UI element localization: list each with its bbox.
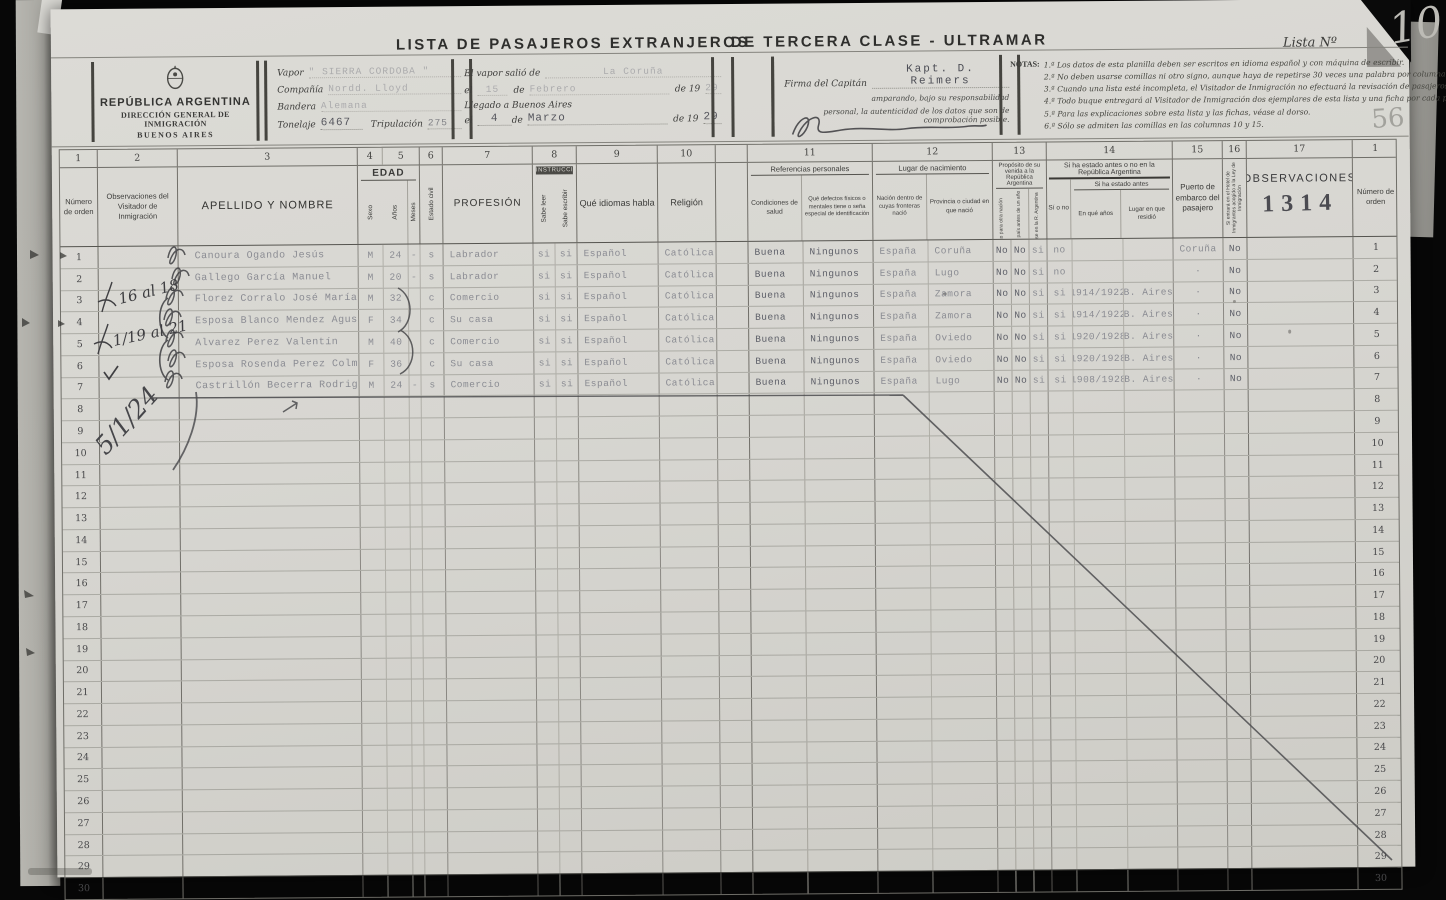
cell-resid bbox=[1126, 521, 1176, 542]
cell-blank bbox=[103, 790, 183, 811]
cell-anos2 bbox=[1077, 783, 1128, 804]
cell-p13b bbox=[1016, 762, 1034, 783]
cell-civil bbox=[423, 505, 446, 526]
cell-prof bbox=[445, 439, 535, 460]
cell-idioma bbox=[580, 547, 661, 568]
cell-p13c: si bbox=[1030, 305, 1048, 326]
cell-esc bbox=[560, 853, 582, 874]
cell-civil bbox=[423, 549, 446, 570]
de-label-2: de bbox=[512, 116, 523, 126]
cell-meses bbox=[409, 310, 421, 331]
cell-blank bbox=[1251, 694, 1357, 716]
header-religion: Religión bbox=[658, 163, 717, 241]
cell-anos2 bbox=[1074, 413, 1125, 434]
cell-civil bbox=[424, 701, 447, 722]
cell-leer bbox=[535, 461, 557, 482]
cell-sexo bbox=[360, 397, 385, 418]
cell-rel bbox=[663, 873, 721, 894]
cell-anos2: 1920/1928 bbox=[1073, 348, 1124, 369]
cell-blank bbox=[1251, 738, 1357, 760]
org-department: DIRECCIÓN GENERAL DE INMIGRACIÓN bbox=[94, 110, 256, 129]
cell-esc bbox=[559, 679, 581, 700]
cell-resid bbox=[1125, 413, 1175, 434]
cell-puerto bbox=[1176, 586, 1226, 607]
cell-blank bbox=[721, 851, 753, 872]
cell-nacion bbox=[878, 850, 933, 871]
cell-nacion bbox=[878, 828, 933, 849]
cell-puerto bbox=[1175, 434, 1225, 455]
cell-p13a bbox=[998, 762, 1016, 783]
cell-hotel bbox=[1228, 847, 1252, 868]
cell-hotel bbox=[1227, 695, 1251, 716]
cell-blank bbox=[101, 595, 181, 616]
cell-blank bbox=[1251, 629, 1357, 651]
cell-prof bbox=[446, 570, 536, 591]
cell-meses bbox=[410, 419, 422, 440]
cell-meses bbox=[411, 593, 423, 614]
cell-p13a: No bbox=[994, 370, 1012, 391]
header-sabe-leer: Sabe leer bbox=[533, 174, 556, 242]
cell-def: Ningunos bbox=[804, 284, 874, 305]
cell-leer bbox=[535, 418, 557, 439]
cell-n: 29 bbox=[1358, 846, 1403, 867]
cell-prof bbox=[445, 483, 535, 504]
cell-leer bbox=[537, 744, 559, 765]
stamp-1314: 1314 bbox=[1261, 190, 1338, 219]
cell-prov bbox=[933, 828, 998, 849]
cell-esc bbox=[558, 591, 580, 612]
cell-antes bbox=[1050, 522, 1075, 543]
cell-antes bbox=[1049, 479, 1074, 500]
cell-resid: B. Aires bbox=[1124, 347, 1174, 368]
cell-prof bbox=[446, 592, 536, 613]
cell-esc: si bbox=[556, 374, 578, 395]
cell-sexo bbox=[360, 462, 385, 483]
cell-puerto bbox=[1177, 739, 1227, 760]
cell-prof bbox=[448, 853, 538, 874]
cell-blank bbox=[103, 769, 183, 790]
cell-p13c bbox=[1033, 653, 1051, 674]
salida-day: 15 bbox=[477, 84, 507, 96]
de-label: de bbox=[513, 86, 524, 96]
cell-hotel bbox=[1227, 739, 1251, 760]
cell-p13c bbox=[1031, 392, 1049, 413]
header-observaciones-visitador: Observaciones del Visitador de Inmigraci… bbox=[98, 167, 179, 246]
cell-meses bbox=[410, 484, 422, 505]
cell-blank bbox=[1251, 716, 1357, 738]
cell-hotel bbox=[1228, 804, 1252, 825]
cell-civil: c bbox=[421, 310, 444, 331]
cell-rel bbox=[662, 699, 720, 720]
cell-n: 11 bbox=[62, 465, 100, 486]
cell-salud: Buena bbox=[748, 241, 803, 262]
cell-salud bbox=[753, 851, 808, 872]
cell-anos bbox=[386, 615, 411, 636]
cell-blank bbox=[721, 873, 753, 894]
cell-anos bbox=[386, 593, 411, 614]
cell-sexo bbox=[362, 680, 387, 701]
cell-anos2 bbox=[1074, 478, 1125, 499]
cell-antes bbox=[1052, 871, 1077, 892]
cell-esc bbox=[558, 526, 580, 547]
cell-blank bbox=[103, 878, 183, 899]
cell-civil: c bbox=[421, 353, 444, 374]
cell-p13b: No bbox=[1012, 370, 1030, 391]
cell-hotel bbox=[1225, 499, 1249, 520]
cell-n: 1 bbox=[60, 247, 98, 268]
cell-esc bbox=[559, 635, 581, 656]
cell-puerto bbox=[1178, 761, 1228, 782]
cell-blank bbox=[1249, 455, 1355, 477]
cell-antes: si bbox=[1048, 326, 1073, 347]
cell-blank bbox=[1248, 346, 1354, 368]
header-puerto: Puerto de embarco del pasajero bbox=[1173, 159, 1224, 237]
cell-p13b bbox=[1015, 697, 1033, 718]
cell-p13a bbox=[995, 479, 1013, 500]
cell-nacion bbox=[876, 610, 931, 631]
cell-antes bbox=[1050, 588, 1075, 609]
cell-prof bbox=[446, 527, 536, 548]
cell-n: 1 bbox=[1353, 237, 1398, 258]
cell-def bbox=[806, 502, 876, 523]
cell-prof bbox=[448, 788, 538, 809]
cell-civil bbox=[423, 614, 446, 635]
notas-box: NOTAS: 1.ª Los datos de esta planilla de… bbox=[999, 52, 1382, 135]
cell-def bbox=[806, 546, 876, 567]
header-boxes: REPÚBLICA ARGENTINA DIRECCIÓN GENERAL DE… bbox=[51, 47, 1409, 148]
cell-p13c bbox=[1031, 479, 1049, 500]
cell-n: 9 bbox=[1355, 411, 1400, 432]
cell-rel bbox=[663, 764, 721, 785]
cell-meses bbox=[413, 854, 425, 875]
cell-leer: si bbox=[534, 352, 556, 373]
header-proposito: Propósito de su venida a la República Ar… bbox=[996, 161, 1043, 189]
cell-rel: Católica bbox=[659, 264, 717, 285]
cell-meses bbox=[413, 832, 425, 853]
cell-blank bbox=[1249, 389, 1355, 411]
cell-blank bbox=[718, 438, 750, 459]
cell-anos bbox=[388, 876, 413, 897]
cell-n: 5 bbox=[1354, 324, 1399, 345]
cell-blank bbox=[720, 721, 752, 742]
cell-anos: 24 bbox=[383, 245, 408, 266]
cell-p13c bbox=[1033, 740, 1051, 761]
cell-idioma bbox=[581, 743, 662, 764]
cell-esc bbox=[557, 483, 579, 504]
cell-idioma bbox=[580, 613, 661, 634]
cell-def bbox=[808, 872, 878, 893]
cell-idioma bbox=[581, 721, 662, 742]
cell-salud bbox=[750, 459, 805, 480]
cell-antes bbox=[1052, 827, 1077, 848]
cell-resid bbox=[1125, 434, 1175, 455]
cell-sexo bbox=[361, 593, 386, 614]
cell-p13b: No bbox=[1012, 283, 1030, 304]
cell-anos2 bbox=[1075, 609, 1126, 630]
cell-name bbox=[183, 811, 363, 833]
cell-salud bbox=[752, 655, 807, 676]
header-defectos: Qué defectos físicos o mentales tiene o … bbox=[802, 175, 873, 241]
cell-name bbox=[183, 767, 363, 789]
header-blank-column bbox=[716, 163, 749, 241]
cell-idioma bbox=[579, 438, 660, 459]
cell-blank bbox=[720, 699, 752, 720]
cell-salud bbox=[750, 437, 805, 458]
cell-p13b: No bbox=[1012, 348, 1030, 369]
cell-rel bbox=[662, 743, 720, 764]
cell-prov bbox=[931, 610, 996, 631]
cell-blank bbox=[1250, 564, 1356, 586]
cell-blank bbox=[1250, 607, 1356, 629]
cell-antes bbox=[1051, 631, 1076, 652]
cell-hotel bbox=[1226, 564, 1250, 585]
vapor-value: " SIERRA CORDOBA " bbox=[309, 65, 462, 78]
bandera-label: Bandera bbox=[277, 102, 316, 112]
cell-prof bbox=[448, 766, 538, 787]
cell-p13a bbox=[995, 436, 1013, 457]
cell-blank bbox=[721, 786, 753, 807]
cell-def bbox=[806, 567, 876, 588]
cell-n: 17 bbox=[1356, 585, 1401, 606]
column-number: 2 bbox=[98, 149, 178, 167]
cell-anos: 40 bbox=[384, 332, 409, 353]
cell-nacion bbox=[878, 872, 933, 893]
cell-rel: Católica bbox=[659, 351, 717, 372]
cell-hotel: No bbox=[1224, 281, 1248, 302]
column-number: 10 bbox=[658, 145, 716, 162]
cell-p13c bbox=[1033, 718, 1051, 739]
cell-idioma bbox=[580, 591, 661, 612]
cell-prov bbox=[933, 784, 998, 805]
cell-hotel bbox=[1228, 826, 1252, 847]
cell-prov: Lugo bbox=[929, 262, 994, 283]
cell-p13c: si bbox=[1030, 370, 1048, 391]
cell-blank bbox=[717, 351, 749, 372]
cell-resid bbox=[1127, 674, 1177, 695]
cell-rel bbox=[661, 612, 719, 633]
cell-civil bbox=[423, 527, 446, 548]
cell-p13c: si bbox=[1030, 283, 1048, 304]
cell-meses: - bbox=[409, 266, 421, 287]
cell-nacion bbox=[875, 415, 930, 436]
cell-nacion: España bbox=[874, 284, 929, 305]
cell-p13b bbox=[1014, 523, 1032, 544]
cell-p13b bbox=[1015, 718, 1033, 739]
cell-meses bbox=[410, 397, 422, 418]
cell-blank bbox=[100, 399, 180, 420]
cell-p13a bbox=[997, 719, 1015, 740]
cell-idioma bbox=[579, 460, 660, 481]
cell-anos2 bbox=[1074, 391, 1125, 412]
table-header-row: Número de orden Observaciones del Visita… bbox=[60, 158, 1397, 247]
cell-civil bbox=[423, 571, 446, 592]
cell-meses bbox=[412, 680, 424, 701]
cell-puerto bbox=[1178, 869, 1228, 890]
cell-n: 11 bbox=[1355, 454, 1400, 475]
cell-n: 19 bbox=[1357, 629, 1402, 650]
cell-esc bbox=[557, 396, 579, 417]
de19-label: de 19 bbox=[675, 84, 700, 94]
cell-leer bbox=[536, 592, 558, 613]
cell-puerto bbox=[1175, 412, 1225, 433]
column-number: 4 bbox=[358, 148, 383, 165]
cell-p13a: No bbox=[993, 240, 1011, 261]
cell-hotel: No bbox=[1224, 260, 1248, 281]
cell-anos2 bbox=[1075, 587, 1126, 608]
cell-blank bbox=[718, 416, 750, 437]
cell-blank bbox=[1249, 411, 1355, 433]
tonelaje-label: Tonelaje bbox=[277, 120, 315, 130]
cell-sexo bbox=[363, 854, 388, 875]
cell-civil bbox=[424, 636, 447, 657]
cell-p13b bbox=[1014, 610, 1032, 631]
header-p13a: Si viene de tránsito para otra nación bbox=[993, 189, 1012, 239]
cell-nacion bbox=[877, 676, 932, 697]
cell-prof: Comercio bbox=[444, 331, 534, 352]
cell-salud: Buena bbox=[749, 307, 804, 328]
cell-anos2 bbox=[1074, 457, 1125, 478]
cell-prof bbox=[447, 701, 537, 722]
cell-puerto bbox=[1176, 565, 1226, 586]
cell-anos2 bbox=[1077, 761, 1128, 782]
cell-prov bbox=[932, 675, 997, 696]
cell-meses bbox=[410, 462, 422, 483]
cell-meses bbox=[412, 723, 424, 744]
cell-puerto bbox=[1176, 521, 1226, 542]
cell-leer bbox=[535, 439, 557, 460]
cell-blank bbox=[101, 616, 181, 637]
cell-n: 10 bbox=[62, 443, 100, 464]
cell-hotel bbox=[1226, 586, 1250, 607]
cell-hotel bbox=[1225, 434, 1249, 455]
cell-anos2 bbox=[1075, 544, 1126, 565]
cell-name: Alvarez Perez Valentín bbox=[179, 332, 359, 354]
cell-blank bbox=[1252, 868, 1358, 890]
cell-idioma: Español bbox=[578, 373, 659, 394]
cell-def bbox=[806, 589, 876, 610]
cell-antes: no bbox=[1047, 239, 1072, 260]
cell-leer bbox=[536, 548, 558, 569]
cell-salud bbox=[751, 524, 806, 545]
header-estado-antes: Si ha estado antes o no en la República … bbox=[1049, 160, 1170, 180]
column-number: 9 bbox=[577, 146, 658, 164]
header-idiomas: Qué idiomas habla bbox=[577, 164, 659, 243]
cell-civil bbox=[425, 832, 448, 853]
cell-n: 26 bbox=[65, 791, 103, 812]
cell-puerto bbox=[1177, 695, 1227, 716]
cell-idioma: Español bbox=[578, 308, 659, 329]
cell-n: 4 bbox=[61, 312, 99, 333]
cell-n: 20 bbox=[64, 661, 102, 682]
cell-hotel bbox=[1227, 651, 1251, 672]
cell-n: 2 bbox=[1354, 259, 1399, 280]
page-title-right: DE TERCERA CLASE - ULTRAMAR bbox=[731, 32, 1048, 51]
cell-resid: B. Aires bbox=[1124, 369, 1174, 390]
cell-esc bbox=[559, 744, 581, 765]
cell-antes: si bbox=[1048, 305, 1073, 326]
cell-nacion bbox=[877, 698, 932, 719]
cell-def bbox=[807, 654, 877, 675]
cell-idioma bbox=[582, 808, 663, 829]
cell-puerto: · bbox=[1174, 347, 1224, 368]
cell-sexo bbox=[362, 702, 387, 723]
cell-blank bbox=[99, 333, 179, 354]
cell-antes bbox=[1051, 740, 1076, 761]
cell-p13c bbox=[1033, 697, 1051, 718]
cell-p13a bbox=[996, 588, 1014, 609]
llegada-day: 4 bbox=[478, 113, 512, 126]
cell-leer bbox=[535, 483, 557, 504]
cell-n: 23 bbox=[1357, 716, 1402, 737]
cell-blank bbox=[719, 547, 751, 568]
cell-leer bbox=[536, 613, 558, 634]
cell-p13b bbox=[1016, 849, 1034, 870]
cell-n: 23 bbox=[64, 726, 102, 747]
cell-n: 21 bbox=[1357, 672, 1402, 693]
cell-hotel: No bbox=[1223, 238, 1247, 259]
cell-antes: si bbox=[1048, 370, 1073, 391]
compania-label: Compañía bbox=[277, 85, 323, 95]
cell-resid bbox=[1125, 478, 1175, 499]
cell-prof bbox=[448, 831, 538, 852]
cell-n: 9 bbox=[62, 421, 100, 442]
header-nacion: Nación dentro de cuyas fronteras nació bbox=[873, 174, 927, 239]
cell-blank bbox=[716, 242, 748, 263]
cell-def bbox=[808, 850, 878, 871]
cell-blank bbox=[103, 834, 183, 855]
header-num-orden-right: Número de orden bbox=[1353, 158, 1399, 236]
cell-resid bbox=[1128, 848, 1178, 869]
cell-prof bbox=[448, 809, 538, 830]
cell-n: 24 bbox=[64, 748, 102, 769]
cell-anos bbox=[387, 680, 412, 701]
cell-n: 12 bbox=[1355, 476, 1400, 497]
cell-civil: s bbox=[420, 244, 443, 265]
column-number: 17 bbox=[1247, 140, 1353, 158]
cell-p13a bbox=[997, 632, 1015, 653]
cell-sexo bbox=[360, 484, 385, 505]
cell-p13b: No bbox=[1011, 240, 1029, 261]
cell-def bbox=[807, 633, 877, 654]
cell-p13a bbox=[998, 849, 1016, 870]
cell-blank bbox=[101, 551, 181, 572]
cell-antes bbox=[1050, 544, 1075, 565]
cell-sexo bbox=[362, 637, 387, 658]
cell-idioma bbox=[582, 852, 663, 873]
empty-box bbox=[711, 57, 775, 137]
cell-name bbox=[180, 484, 360, 506]
cell-anos2 bbox=[1076, 696, 1127, 717]
cell-n: 4 bbox=[1354, 302, 1399, 323]
cell-civil bbox=[424, 723, 447, 744]
cell-n: 22 bbox=[64, 704, 102, 725]
tonelaje-value: 6467 bbox=[321, 117, 363, 130]
cell-anos bbox=[386, 506, 411, 527]
cell-esc: si bbox=[556, 287, 578, 308]
cell-puerto bbox=[1177, 717, 1227, 738]
cell-rel bbox=[662, 677, 720, 698]
column-number: 15 bbox=[1173, 141, 1223, 158]
cell-blank bbox=[717, 372, 749, 393]
cell-blank bbox=[102, 725, 182, 746]
cell-resid: B. Aires bbox=[1124, 326, 1174, 347]
cell-meses: - bbox=[408, 244, 420, 265]
cell-blank bbox=[719, 525, 751, 546]
cell-rel bbox=[661, 503, 719, 524]
cell-def bbox=[805, 480, 875, 501]
column-number: 1 bbox=[60, 150, 98, 167]
ship-box: Vapor " SIERRA CORDOBA " Compañía Nordd.… bbox=[264, 59, 473, 141]
